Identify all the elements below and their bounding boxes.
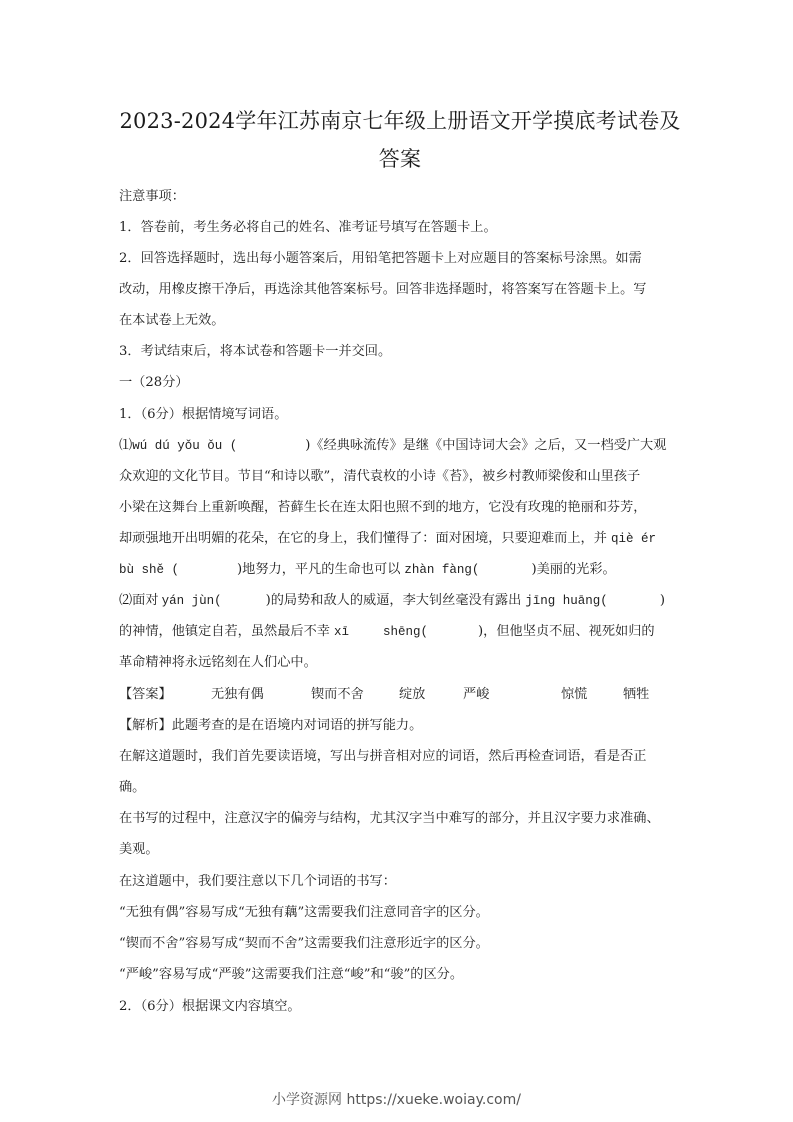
analysis-line: 确。 (119, 778, 679, 798)
answer-item: 严峻 (463, 685, 489, 705)
answer-row: 【答案】 无独有偶 锲而不舍 绽放 严峻 惊慌 牺牲 (119, 685, 679, 705)
analysis-line: “严峻”容易写成“严骏”这需要我们注意“峻”和“骏”的区分。 (119, 965, 679, 985)
pinyin: zhàn fàng( (404, 563, 479, 577)
pinyin: yán jùn( (162, 594, 222, 608)
analysis-line: “无独有偶”容易写成“无独有藕”这需要我们注意同音字的区分。 (119, 903, 679, 923)
analysis-line: 在书写的过程中，注意汉字的偏旁与结构，尤其汉字当中难写的部分，并且汉字要力求准确… (119, 809, 679, 829)
analysis-heading: 【解析】此题考查的是在语境内对词语的拼写能力。 (119, 716, 679, 736)
pinyin: jīng huāng( (525, 594, 608, 608)
footer-watermark: 小学资源网 https://xueke.woiay.com/ (0, 1089, 793, 1109)
answer-label: 【答案】 (119, 685, 172, 705)
analysis-line: 在解这道题时，我们首先要读语境，写出与拼音相对应的词语，然后再检查词语，看是否正 (119, 747, 679, 767)
question-1-part-1-line-2: 众欢迎的文化节目。节目“和诗以歌”，清代袁枚的小诗《苔》，被乡村教师梁俊和山里孩… (119, 467, 679, 487)
answer-item: 惊慌 (561, 685, 587, 705)
document-title: 2023-2024学年江苏南京七年级上册语文开学摸底考试卷及 (100, 102, 700, 140)
notice-item-2: 2．回答选择题时，选出每小题答案后，用铅笔把答题卡上对应题目的答案标号涂黑。如需 (119, 249, 679, 269)
question-1-part-2-line-1: ⑵面对yán jùn()的局势和敌人的威逼，李大钊丝毫没有露出jīng huān… (119, 591, 679, 611)
question-1-part-1-line-1: ⑴wú dú yǒu ǒu ()《经典咏流传》是继《中国诗词大会》之后，又一档受… (119, 436, 679, 456)
analysis-line: “锲而不舍”容易写成“契而不舍”这需要我们注意形近字的区分。 (119, 934, 679, 954)
answer-item: 无独有偶 (211, 685, 264, 705)
analysis-line: 美观。 (119, 840, 679, 860)
question-1-part-2-line-3: 革命精神将永远铭刻在人们心中。 (119, 653, 679, 673)
document-page: 2023-2024学年江苏南京七年级上册语文开学摸底考试卷及 答案 注意事项： … (0, 0, 793, 1122)
notice-item-3: 3．考试结束后，将本试卷和答题卡一并交回。 (119, 342, 679, 362)
notice-item-2-cont: 改动，用橡皮擦干净后，再选涂其他答案标号。回答非选择题时，将答案写在答题卡上。写 (119, 280, 679, 300)
question-1-part-1-line-4: 却顽强地开出明媚的花朵，在它的身上，我们懂得了：面对困境，只要迎难而上，并qiè… (119, 529, 679, 549)
answer-item: 牺牲 (623, 685, 649, 705)
answer-item: 锲而不舍 (311, 685, 364, 705)
analysis-line: 在这道题中，我们要注意以下几个词语的书写： (119, 872, 679, 892)
notice-heading: 注意事项： (119, 187, 679, 207)
notice-item-2-cont2: 在本试卷上无效。 (119, 311, 679, 331)
pinyin: qiè ér (611, 532, 656, 546)
answer-item: 绽放 (399, 685, 425, 705)
section-heading: 一（28分） (119, 373, 679, 393)
question-1-heading: 1．（6分）根据情境写词语。 (119, 405, 679, 425)
pinyin: wú dú yǒu ǒu ( (132, 439, 237, 453)
document-title-continued: 答案 (100, 140, 700, 178)
question-1-part-1-line-5: bù shě ()地努力，平凡的生命也可以zhàn fàng()美丽的光彩。 (119, 560, 679, 580)
question-2-heading: 2．（6分）根据课文内容填空。 (119, 997, 679, 1017)
question-1-part-2-line-2: 的神情，他镇定自若，虽然最后不幸xīshēng()，但他坚贞不屈、视死如归的 (119, 622, 679, 642)
pinyin: xī (334, 625, 349, 639)
notice-item-1: 1．答卷前，考生务必将自己的姓名、准考证号填写在答题卡上。 (119, 218, 679, 238)
question-1-part-1-line-3: 小梁在这舞台上重新唤醒，苔藓生长在连太阳也照不到的地方，它没有玫瑰的艳丽和芬芳， (119, 498, 679, 518)
part-number: ⑴ (119, 438, 132, 453)
pinyin: shēng( (383, 625, 428, 639)
pinyin: bù shě ( (119, 563, 179, 577)
